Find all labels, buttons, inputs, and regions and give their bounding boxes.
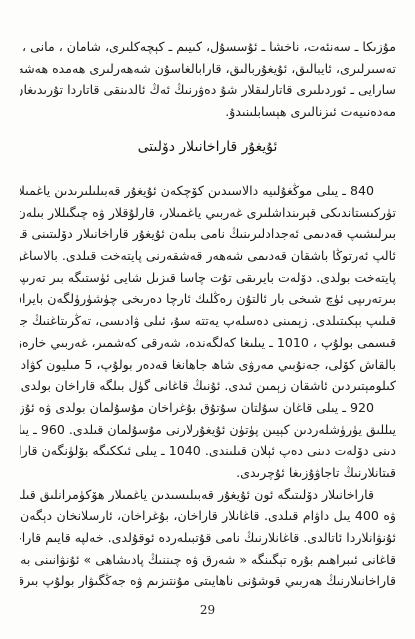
text-line: مۇزىكا ـ سەنئەت، ناخشا ـ ئۇسسۇل، كىيىم ـ… [20, 36, 396, 58]
text-line: ئالپ ئەرتوڭا باشقان قەدىمى شەھەر قەشقەرن… [20, 245, 396, 267]
text-line: بالقاش كۆلى، جەنۇبىي مەرۋى شاھ جاھانغا ق… [20, 354, 396, 376]
text-line: پايتەخت بولدى. دۆلەت بايرىقى تۇت چاسا قى… [20, 267, 396, 289]
text-line: 920 ـ يىلى قاغان سۇلتان سۇتۇق بۇغراخان م… [20, 397, 396, 419]
text-line: تەسىرلىرى، ئايبالىق، ئۇيغۇربالىق، قارابا… [20, 58, 396, 80]
text-line: بىرتەرىپى ئۈچ شىخى بار ئالتۇن رەڭلىك ئار… [20, 288, 396, 310]
text-line: 840 ـ يىلى موڭغۇلىيە دالاسىدىن كۆچكەن ئۇ… [20, 180, 396, 202]
text-line: سارايى ـ ئوردىلىرى قاتارلىقلار شۇ دەۋرنى… [20, 79, 396, 101]
text-line: بىرلىشىپ قەدىمى ئەجدادلىرىنىڭ نامى بىلەن… [20, 223, 396, 245]
page-number: 29 [0, 603, 415, 617]
text-line: يىللىق يۈرۈشلەردىن كېيىن پۈتۈن ئۇيغۇرلار… [20, 419, 396, 441]
text-line: قىلىپ بېكىتىلدى. زېمىنى دەسلەپ يەتتە سۇ،… [20, 310, 396, 332]
text-line: ۋە 400 يىل داۋام قىلدى. قاغانلار قاراخان… [20, 505, 396, 527]
text-line: قاغانى ئىبراھىم بۇرە تېگىنگە « شەرق ۋە چ… [20, 549, 396, 571]
text-line: دىنى دۆلەت دىنى دەپ ئېلان قىلىندى. 1040 … [20, 440, 396, 462]
paragraph-3: قاراخانىلار دۆلىتىگە ئون ئۇيغۇر قەبىلىسى… [20, 484, 396, 592]
text-line: ئۇنۋانلاردا ئاتالدى. قاغانلارنىڭ نامى قۇ… [20, 527, 396, 549]
intro-paragraph: مۇزىكا ـ سەنئەت، ناخشا ـ ئۇسسۇل، كىيىم ـ… [20, 36, 396, 123]
body-text: 840 ـ يىلى موڭغۇلىيە دالاسىدىن كۆچكەن ئۇ… [20, 180, 396, 592]
text-line: تۈركىستاندىكى قېرىنداشلىرى غەربىي ياغمىل… [20, 202, 396, 224]
text-line: قاراخانىلارنىڭ ھەربىي قوشۇنى ناھايىتى مۇ… [20, 570, 396, 592]
text-line: قىتانلارنىڭ تاجاۋۇزىغا ئۇچرىدى. [20, 462, 396, 484]
text-line: قىسمى بولۇپ ، 1010 ـ يىلىغا كەلگەندە، شە… [20, 332, 396, 354]
paragraph-2: 920 ـ يىلى قاغان سۇلتان سۇتۇق بۇغراخان م… [20, 397, 396, 484]
text-line: مەدەنىيەت ئىزنالىرى ھېسابلىنىدۇ. [20, 101, 396, 123]
section-title: ئۇيغۇر قاراخانىلار دۆلىتى [0, 136, 415, 158]
text-line: كىلومېتىردىن ئاشقان زېمىن ئىدى. ئۇنىڭ قا… [20, 375, 396, 397]
paragraph-1: 840 ـ يىلى موڭغۇلىيە دالاسىدىن كۆچكەن ئۇ… [20, 180, 396, 397]
text-line: قاراخانىلار دۆلىتىگە ئون ئۇيغۇر قەبىلىسى… [20, 484, 396, 506]
